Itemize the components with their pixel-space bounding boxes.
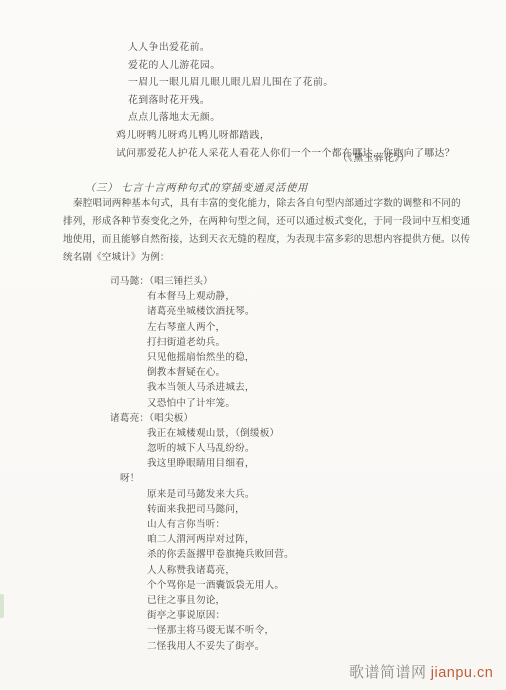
lyric-line: 诸葛亮坐城楼饮酒抚琴。 bbox=[0, 304, 294, 319]
lyric-line: 只见他摇扇怡然坐的稳， bbox=[0, 350, 294, 365]
paragraph-line: 排列，形成各种节奏变化之外，在两种句型之间，还可以通过板式变化，于同一段词中互相… bbox=[63, 213, 470, 231]
speaker-label: 司马懿：（唱三锤拦头） bbox=[0, 274, 294, 289]
paragraph-line: 秦腔唱词两种基本句式，具有丰富的变化能力，除去各自句型内部通过字数的调整和不同的 bbox=[63, 195, 470, 213]
speaker-label: 诸葛亮：（唱尖板） bbox=[0, 411, 294, 426]
poem-line: 点点儿落地太无颜。 bbox=[116, 109, 455, 127]
lyric-line: 倒教本督疑在心。 bbox=[0, 365, 294, 380]
poem-line: 一眉儿一眼儿眉儿眼儿眼儿眉儿围在了花前。 bbox=[116, 74, 455, 92]
scan-edge-artifact bbox=[0, 594, 4, 618]
lyric-line: 原来是司马懿发来大兵。 bbox=[0, 487, 294, 502]
watermark-site-name: 歌谱简谱网 bbox=[349, 665, 427, 681]
lyric-line: 人人称赞我诸葛亮， bbox=[0, 563, 294, 578]
lyric-line: 又恐怕中了计牢笼。 bbox=[0, 396, 294, 411]
interjection-line: 呀！ bbox=[0, 471, 294, 486]
lyric-line: 已往之事且勿论， bbox=[0, 593, 294, 608]
opera-libretto: 司马懿：（唱三锤拦头） 有本督马上观动静， 诸葛亮坐城楼饮酒抚琴。 左右琴童人两… bbox=[0, 274, 294, 654]
lyric-line: 街亭之事说原因： bbox=[0, 608, 294, 623]
lyric-line: 转面来我把司马懿问， bbox=[0, 502, 294, 517]
poem-excerpt: 人人争出爱花前。 爱花的人儿游花园。 一眉儿一眼儿眉儿眼儿眼儿眉儿围在了花前。 … bbox=[116, 39, 455, 162]
lyric-line: 我正在城楼观山景，（倒缓板） bbox=[0, 426, 294, 441]
lyric-line: 我这里睁眼睛用目细看， bbox=[0, 456, 294, 471]
poem-line: 花到落时花开残。 bbox=[116, 92, 455, 110]
paragraph-line: 统名剧《空城计》为例： bbox=[63, 249, 470, 267]
poem-line: 爱花的人儿游花园。 bbox=[116, 57, 455, 75]
lyric-line: 有本督马上观动静， bbox=[0, 289, 294, 304]
poem-line: 鸡儿呀鸭儿呀鸡儿鸭儿呀都踏践， bbox=[116, 127, 455, 145]
source-attribution: （《黛玉葬花》） bbox=[0, 150, 410, 164]
lyric-line: 二怪我用人不妥失了街亭。 bbox=[0, 639, 294, 654]
scanned-page: 人人争出爱花前。 爱花的人儿游花园。 一眉儿一眼儿眉儿眼儿眼儿眉儿围在了花前。 … bbox=[0, 0, 506, 690]
lyric-line: 忽听的城下人马乱纷纷。 bbox=[0, 441, 294, 456]
lyric-line: 咱二人渭河两岸对过阵， bbox=[0, 532, 294, 547]
lyric-line: 杀的你丢盔撂甲卷旗掩兵败回营。 bbox=[0, 547, 294, 562]
site-watermark: 歌谱简谱网 jianpu.cn bbox=[349, 661, 493, 682]
lyric-line: 打扫街道老幼兵。 bbox=[0, 335, 294, 350]
lyric-line: 左右琴童人两个， bbox=[0, 320, 294, 335]
watermark-site-url: jianpu.cn bbox=[431, 665, 494, 681]
paragraph-line: 地使用，而且能够自然衔接，达到天衣无缝的程度，为表现丰富多彩的思想内容提供方便。… bbox=[63, 231, 470, 249]
lyric-line: 山人有言你当听： bbox=[0, 517, 294, 532]
section-heading: （三） 七言十言两种句式的穿插变通灵活使用 bbox=[85, 179, 308, 194]
lyric-line: 个个骂你是一酒囊饭袋无用人。 bbox=[0, 578, 294, 593]
lyric-line: 我本当领人马杀进城去， bbox=[0, 380, 294, 395]
lyric-line: 一怪那主将马谡无谋不听令， bbox=[0, 623, 294, 638]
body-paragraph: 秦腔唱词两种基本句式，具有丰富的变化能力，除去各自句型内部通过字数的调整和不同的… bbox=[63, 195, 470, 267]
poem-line: 人人争出爱花前。 bbox=[116, 39, 455, 57]
